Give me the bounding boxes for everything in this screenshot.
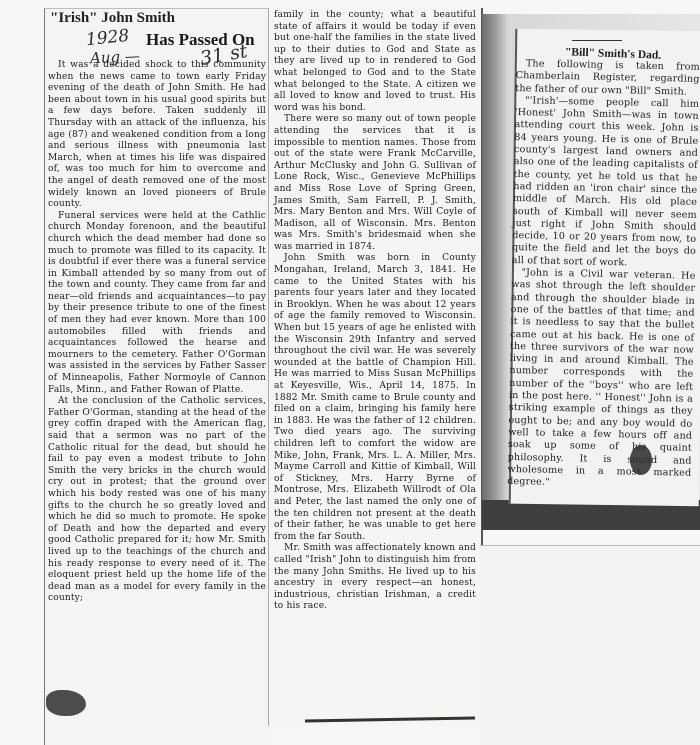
paragraph: family in the county; what a beautiful s…	[274, 10, 476, 114]
obituary-body-left: It was a decided shock to this community…	[48, 60, 266, 605]
paragraph: "John is a Civil war veteran. He was sho…	[507, 267, 696, 492]
blank-paper-area	[480, 545, 700, 745]
paragraph: John Smith was born in County Mongahan, …	[274, 253, 476, 543]
title-rule	[572, 40, 622, 41]
paragraph: "'Irish'—some people call him 'Honest' J…	[512, 95, 700, 271]
right-article-body: The following is taken from Chamberlain …	[507, 58, 700, 492]
paragraph: At the conclusion of the Catholic servic…	[48, 396, 266, 605]
paragraph: The following is taken from Chamberlain …	[515, 58, 700, 99]
paragraph: Mr. Smith was affectionately known and c…	[274, 543, 476, 613]
paragraph: Funeral services were held at the Cathli…	[48, 211, 266, 397]
paragraph: There were so many out of town people at…	[274, 114, 476, 253]
paragraph: It was a decided shock to this community…	[48, 60, 266, 211]
obituary-body-middle: family in the county; what a beautiful s…	[274, 10, 476, 613]
ink-smudge	[46, 690, 86, 716]
ink-smudge	[630, 445, 652, 475]
headline-line-1: "Irish" John Smith	[50, 10, 175, 27]
